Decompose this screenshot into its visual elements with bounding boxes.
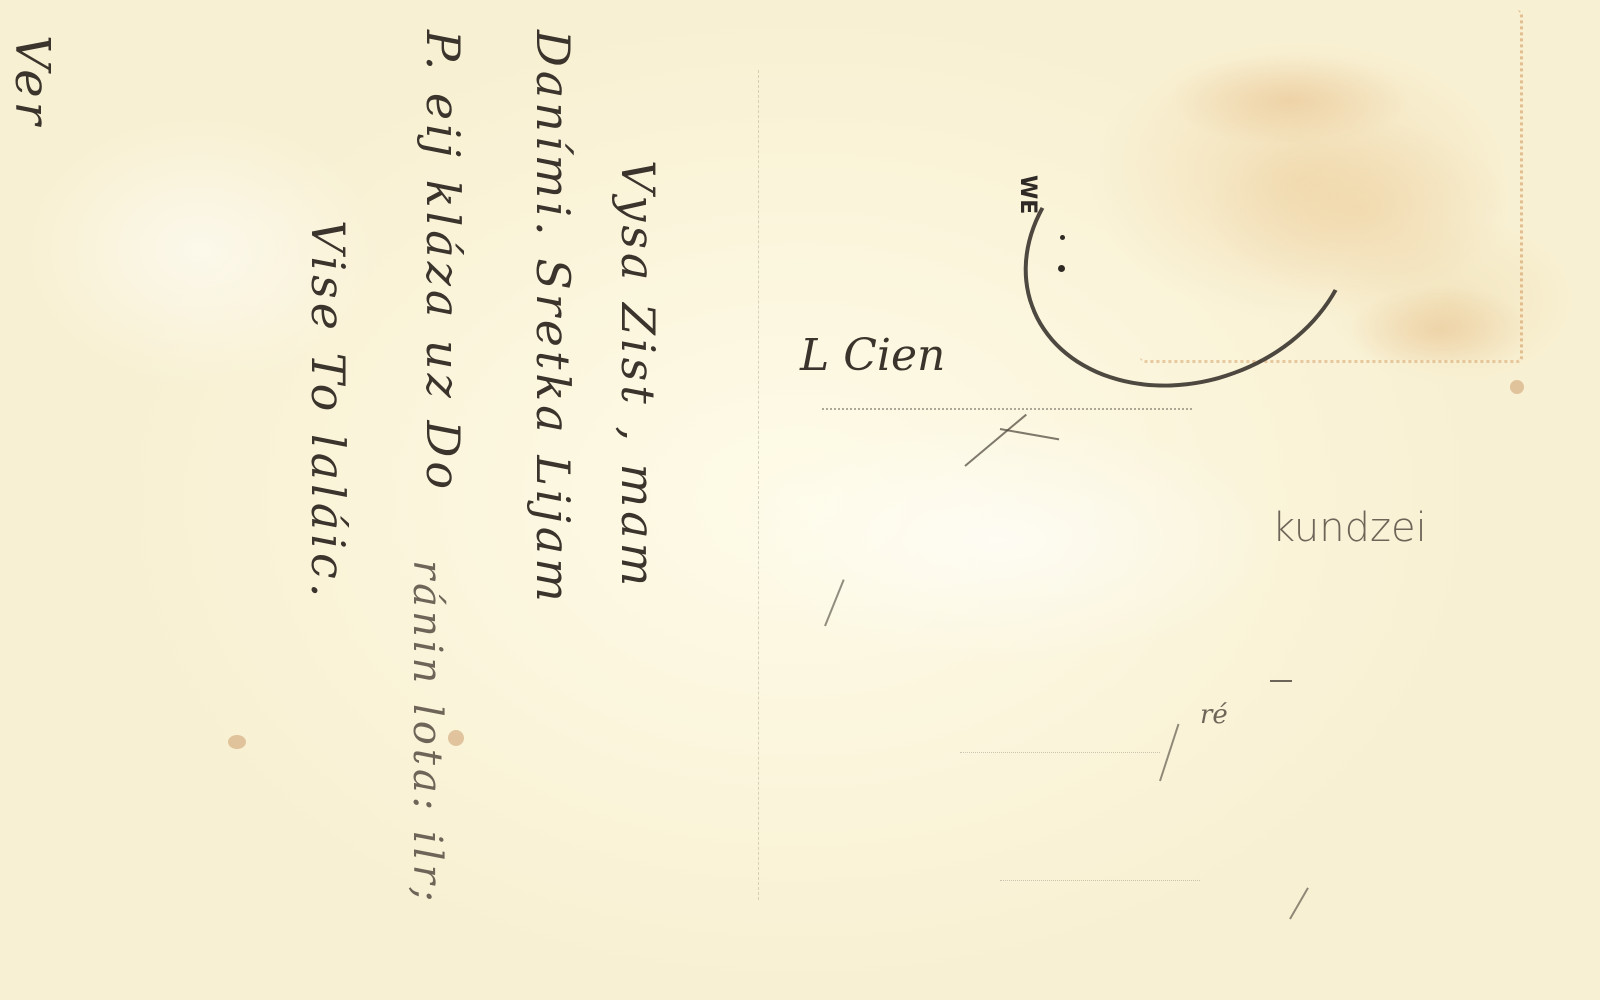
message-line-4: Vise To laláic. [301, 220, 355, 601]
address-dotted-line-2 [960, 752, 1160, 753]
address-stroke [1159, 724, 1179, 782]
message-line-5: ránin lota: ilr; [404, 560, 450, 905]
stain-speck [1510, 380, 1524, 394]
address-line-2: kundzei [1272, 505, 1427, 551]
center-divider [758, 70, 759, 900]
address-stroke [964, 414, 1027, 467]
address-dotted-line-3 [1000, 880, 1200, 881]
address-stroke [1000, 428, 1059, 440]
address-dash [1270, 680, 1292, 682]
address-line-1: L Cien [800, 330, 945, 381]
address-stroke [824, 579, 845, 626]
postmark-star [1058, 265, 1065, 272]
stain-speck [228, 735, 246, 749]
message-line-1: Vysa Zist , mam [611, 160, 665, 590]
stain-speck [448, 730, 464, 746]
margin-text: Ver [4, 35, 60, 129]
message-line-2: Daními. Sretka Lijam [526, 30, 580, 606]
address-stroke [1289, 887, 1309, 919]
message-line-3: P. eij kláza uz Do [416, 30, 470, 493]
postmark-dot [1060, 235, 1065, 240]
address-fragment: ré [1200, 700, 1228, 730]
postcard-back: WE Ver Vysa Zist , mam Daními. Sretka Li… [0, 0, 1600, 1000]
address-dotted-line-1 [822, 408, 1192, 410]
postmark-text: WE [1015, 175, 1040, 214]
